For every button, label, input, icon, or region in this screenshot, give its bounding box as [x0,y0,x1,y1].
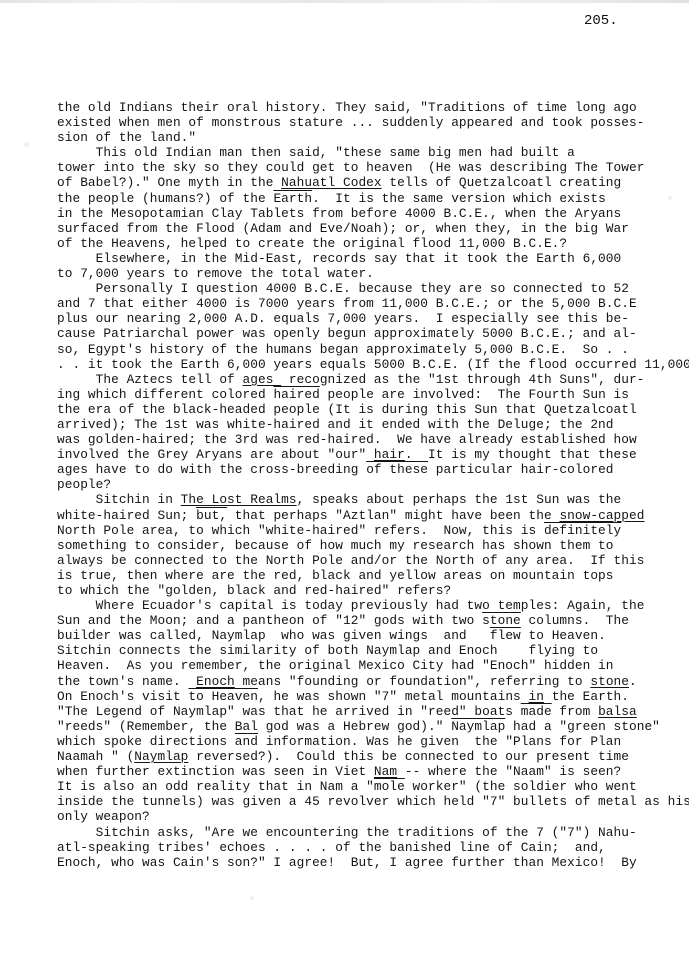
underlined-text: Nahuatl Codex [281,175,381,190]
text-run: existed when men of monstrous stature ..… [57,115,644,130]
text-run: . [629,674,637,689]
scan-edge-shading [0,0,689,3]
text-run: involved the Grey Aryans are about "our" [57,447,374,462]
text-line: Where Ecuador's capital is today previou… [57,598,689,613]
text-line: atl-speaking tribes' echoes . . . . of t… [57,840,689,855]
text-line: Sun and the Moon; and a pantheon of "12"… [57,613,689,628]
underlined-text: ages [243,372,282,387]
text-line: "The Legend of Naymlap" was that he arri… [57,704,689,719]
text-line: when further extinction was seen in Viet… [57,764,689,779]
text-run: when further extinction was seen in Viet [57,764,374,779]
text-run: arrived); The 1st was white-haired and i… [57,417,614,432]
underlined-text: hair [374,447,405,462]
text-run: to 7,000 years to remove the total water… [57,266,374,281]
text-line: arrived); The 1st was white-haired and i… [57,417,689,432]
text-line: so, Egypt's history of the humans began … [57,342,689,357]
text-run: ing which different colored [57,387,273,402]
overlined-text: stone [482,613,521,628]
overlined-text: haired [273,387,319,402]
text-line: to which the "golden, black and red-hair… [57,583,689,598]
text-run: "The Legend of Naymlap" was that he arri… [57,704,521,719]
text-run: the old Indians their oral history. They… [57,100,637,115]
text-run: people? [57,477,111,492]
text-run: and 7 that either 4000 is 7000 years fro… [57,296,637,311]
text-line: in the Mesopotamian Clay Tablets from be… [57,206,689,221]
underlined-text: Nam [374,764,397,779]
text-run: is true, then where are the red, black a… [57,568,614,583]
overlined-text: made [521,704,552,719]
text-line: Personally I question 4000 B.C.E. becaus… [57,281,689,296]
overlined-text: flew [490,628,521,643]
scan-artifact [604,548,607,553]
underlined-text: Naymlap [134,749,188,764]
text-run: Sitchin connects the similarity of both … [57,643,598,658]
scan-artifact [668,196,672,200]
text-run: reversed?). Could this be connected to o… [188,749,629,764]
overlined-text: but, [196,508,227,523]
text-line: tower into the sky so they could get to … [57,160,689,175]
text-line: Enoch, who was Cain's son?" I agree! But… [57,855,689,870]
text-line: This old Indian man then said, "these sa… [57,145,689,160]
text-run: had a "green stone" [505,719,660,734]
underlined-text: snow-capped [559,508,644,523]
scan-artifact [250,896,254,900]
text-run: , he was shown "7" metal mountains [258,689,529,704]
text-line: Elsewhere, in the Mid-East, records say … [57,251,689,266]
text-line: white-haired Sun; but, that perhaps "Azt… [57,508,689,523]
text-run: columns. The [521,613,629,628]
text-line: . . it took the Earth 6,000 years equals… [57,357,689,372]
text-line: and 7 that either 4000 is 7000 years fro… [57,296,689,311]
text-line: surfaced from the Flood (Adam and Eve/No… [57,221,689,236]
text-line: people? [57,477,689,492]
overlined-text: to Heaven [188,689,258,704]
text-run: was golden-haired; the 3rd was red-haire… [57,432,637,447]
text-line: of Babel?)." One myth in the Nahuatl Cod… [57,175,689,190]
text-line: the old Indians their oral history. They… [57,100,689,115]
text-run: to Heaven. [521,628,606,643]
text-line: It is also an odd reality that in Nam a … [57,779,689,794]
text-run: that perhaps "Aztlan" might have been th… [227,508,559,523]
text-line: North Pole area, to which "white-haired"… [57,523,689,538]
text-run: which spoke directions [57,734,235,749]
text-run: worker" (the soldier who went [405,779,637,794]
document-body: the old Indians their oral history. They… [57,100,689,870]
text-run: recognized as the "1st through 4th Suns"… [281,372,644,387]
text-run: to which the "golden, black and red-hair… [57,583,451,598]
overlined-text: of these [366,462,428,477]
text-run: , speaks about perhaps the 1st Sun was t… [297,492,622,507]
text-run: people are involved: The Fourth Sun is [320,387,629,402]
text-line: of the Heavens, helped to create the ori… [57,236,689,251]
overlined-text: mole [374,779,405,794]
text-run: Personally I question 4000 B.C.E. becaus… [57,281,629,296]
text-run: North Pole area, to which "white-haired"… [57,523,544,538]
text-run: Elsewhere, in the Mid-East, records say … [57,251,621,266]
text-run: The Aztecs tell of [57,372,243,387]
text-run: . . it took the Earth 6,000 years equals… [57,357,689,372]
text-run: white-haired Sun; [57,508,196,523]
text-run: so, Egypt's history of the humans began … [57,342,629,357]
text-run: means "founding or foundation", referrin… [235,674,591,689]
text-run: the era of the black-headed people (It i… [57,402,637,417]
text-line: ages have to do with the cross-breeding … [57,462,689,477]
text-line: only weapon? [57,809,689,824]
underlined-text: Enoch [196,674,235,689]
text-line: Heaven. As you remember, the original Me… [57,658,689,673]
text-run: On Enoch's visit [57,689,188,704]
text-line: On Enoch's visit to Heaven, he was shown… [57,689,689,704]
overlined-text: definitely [544,523,621,538]
text-line: inside the tunnels) was given a 45 revol… [57,794,689,809]
text-run: Sun and the Moon; and a pantheon of "12"… [57,613,482,628]
overlined-text: and [235,734,258,749]
text-run: This old Indian man then said, "these sa… [57,145,575,160]
text-run: Where Ecuador's capital is today previou… [57,598,644,613]
text-run: cause Patriarchal power was openly begun… [57,326,637,341]
text-run: plus our nearing 2,000 A.D. equals 7,000… [57,311,629,326]
text-line: which spoke directions and information. … [57,734,689,749]
text-line: involved the Grey Aryans are about "our"… [57,447,689,462]
text-line: Naamah " (Naymlap reversed?). Could this… [57,749,689,764]
text-line: was golden-haired; the 3rd was red-haire… [57,432,689,447]
text-run: always be connected to the North Pole an… [57,553,644,568]
text-line: the town's name. Enoch means "founding o… [57,674,689,689]
text-line: Sitchin in The Lost Realms, speaks about… [57,492,689,507]
text-run: Enoch, who was Cain's son?" I agree! But… [57,855,637,870]
underlined-text: balsa [598,704,637,719]
text-run: tells of Quetzalcoatl creating [382,175,622,190]
text-line: builder was called, Naymlap who was give… [57,628,689,643]
text-run: of the Heavens, helped to create the ori… [57,236,567,251]
text-line: sion of the land." [57,130,689,145]
text-run: atl-speaking tribes' echoes . . . . of t… [57,840,606,855]
text-run: particular hair-colored [428,462,614,477]
overlined-text: Earth [273,191,312,206]
text-run: sion of the land." [57,130,196,145]
text-run: of Babel?)." One myth in the [57,175,281,190]
underlined-text: in [529,689,544,704]
text-run: Sitchin in [57,492,181,507]
text-line: plus our nearing 2,000 A.D. equals 7,000… [57,311,689,326]
underlined-text: The Lost Realms [181,492,297,507]
text-run: information. Was he given the "Plans for… [258,734,621,749]
text-line: "reeds" (Remember, the Bal god was a Heb… [57,719,689,734]
underlined-text: stone [590,674,629,689]
text-line: to 7,000 years to remove the total water… [57,266,689,281]
text-run: the people (humans?) of the [57,191,273,206]
text-run: inside the tunnels) was given a 45 revol… [57,794,689,809]
text-run: only weapon? [57,809,150,824]
text-line: something to consider, because of how mu… [57,538,689,553]
text-line: cause Patriarchal power was openly begun… [57,326,689,341]
text-run: Naamah " ( [57,749,134,764]
text-line: the era of the black-headed people (It i… [57,402,689,417]
text-run: . It is my thought that these [405,447,637,462]
text-run: the Earth. [544,689,629,704]
text-run: from [552,704,598,719]
text-line: ing which different colored haired peopl… [57,387,689,402]
text-run: in the Mesopotamian Clay Tablets from be… [57,206,621,221]
text-run: It is also an odd reality that in Nam a … [57,779,374,794]
text-run: . It is the same version which exists [312,191,606,206]
text-line: existed when men of monstrous stature ..… [57,115,689,130]
text-line: always be connected to the North Pole an… [57,553,689,568]
overlined-text: Naymlap [451,719,505,734]
text-run: -- where the "Naam" is seen? [397,764,621,779]
text-line: the people (humans?) of the Earth. It is… [57,191,689,206]
text-line: Sitchin connects the similarity of both … [57,643,689,658]
text-run: "reeds" (Remember, the Bal god was a Heb… [57,719,451,734]
text-run: tower into the sky so they could get to … [57,160,644,175]
text-line: Sitchin asks, "Are we encountering the t… [57,825,689,840]
text-run: Sitchin asks, "Are we encountering the t… [57,825,637,840]
text-run: ages have to do with the cross-breeding [57,462,366,477]
text-line: The Aztecs tell of ages recognized as th… [57,372,689,387]
text-run: something to consider, because of how mu… [57,538,614,553]
text-run: surfaced from the Flood (Adam and Eve/No… [57,221,629,236]
scan-artifact [24,142,29,147]
text-run: Heaven. As you remember, the original Me… [57,658,614,673]
page-number: 205. [584,13,618,29]
text-line: is true, then where are the red, black a… [57,568,689,583]
text-run: builder was called, Naymlap who was give… [57,628,490,643]
text-run: the town's name. [57,674,196,689]
